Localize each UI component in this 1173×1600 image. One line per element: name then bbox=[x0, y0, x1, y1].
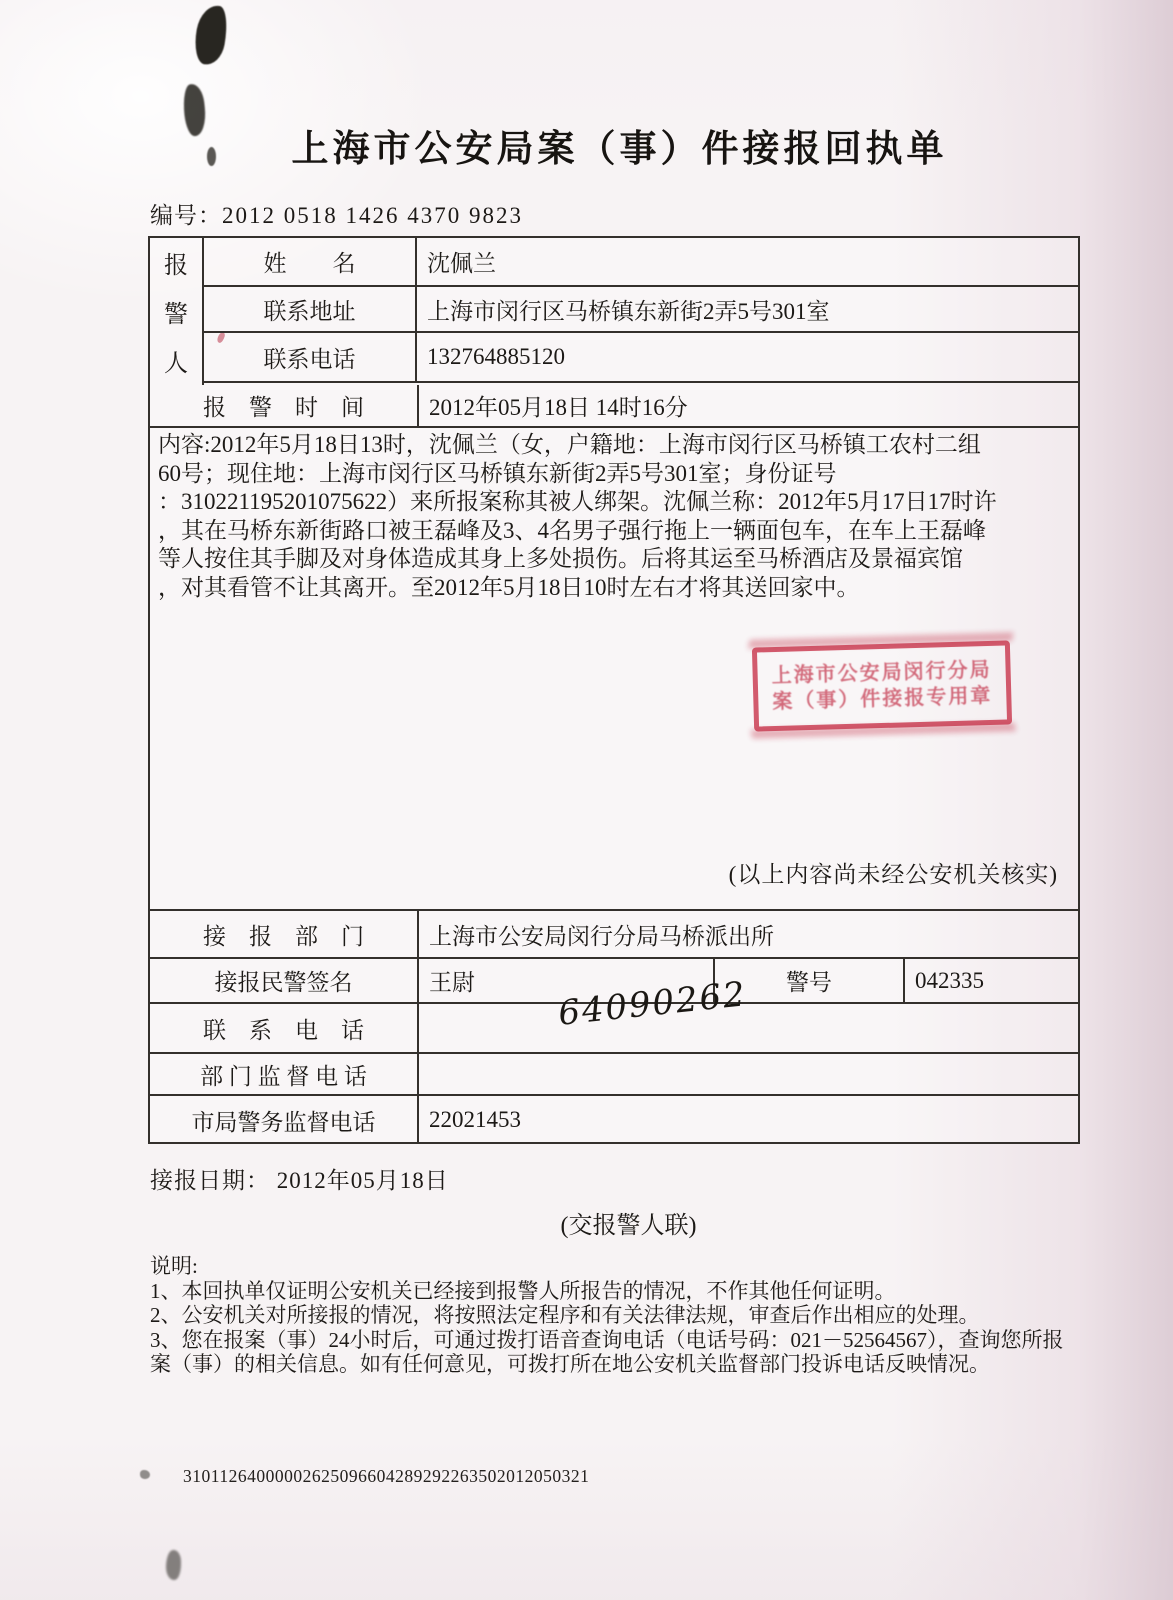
city-supervision-phone-value: 22021453 bbox=[419, 1096, 1078, 1144]
table-row: 部 门 监 督 电 话 bbox=[150, 1054, 1078, 1096]
serial-value: 2012 0518 1426 4370 9823 bbox=[222, 203, 523, 228]
address-label: 联系地址 bbox=[204, 287, 417, 331]
instructions-title: 说明: bbox=[150, 1254, 1068, 1279]
ink-smudge-artifact bbox=[191, 3, 231, 67]
stamp-line-2: 案（事）件接报专用章 bbox=[772, 683, 993, 715]
serial-number-line: 编号：2012 0518 1426 4370 9823 bbox=[150, 197, 523, 230]
scanned-police-receipt-page: 上海市公安局案（事）件接报回执单 编号：2012 0518 1426 4370 … bbox=[0, 0, 1173, 1600]
name-label: 姓 名 bbox=[204, 238, 417, 285]
report-time-value: 2012年05月18日 14时16分 bbox=[419, 385, 1078, 426]
stamp-ink-smear bbox=[748, 632, 1013, 648]
contact-phone-label: 联 系 电 话 bbox=[150, 1004, 419, 1052]
dept-supervision-phone-value bbox=[419, 1054, 1078, 1094]
officer-signature-label: 接报民警签名 bbox=[150, 959, 419, 1002]
official-red-stamp: 上海市公安局闵行分局 案（事）件接报专用章 bbox=[752, 640, 1012, 731]
department-value: 上海市公安局闵行分局马桥派出所 bbox=[419, 911, 1078, 957]
vertical-label-char: 报 bbox=[164, 245, 188, 280]
vertical-label-char: 警 bbox=[164, 294, 188, 329]
unverified-note: (以上内容尚未经公安机关核实) bbox=[729, 861, 1058, 890]
receive-date-value: 2012年05月18日 bbox=[277, 1168, 449, 1193]
content-line: 等人按住其手脚及对身体造成其身上多处损伤。后将其运至马桥酒店及景福宾馆 bbox=[158, 545, 1070, 574]
table-row: 姓 名 沈佩兰 bbox=[204, 238, 1078, 287]
table-row: 报 警 时 间 2012年05月18日 14时16分 bbox=[150, 385, 1078, 428]
vertical-label-char: 人 bbox=[164, 343, 188, 378]
report-time-label: 报 警 时 间 bbox=[150, 385, 419, 426]
contact-phone-cell bbox=[419, 1004, 1078, 1052]
reporter-vertical-label: 报 警 人 bbox=[150, 238, 204, 385]
dept-supervision-phone-label: 部 门 监 督 电 话 bbox=[150, 1054, 419, 1094]
copy-designation-note: (交报警人联) bbox=[0, 1205, 1173, 1240]
address-value: 上海市闵行区马桥镇东新街2弄5号301室 bbox=[417, 287, 1078, 331]
page-title: 上海市公安局案（事）件接报回执单 bbox=[0, 118, 1173, 172]
table-row: 市局警务监督电话 22021453 bbox=[150, 1096, 1078, 1144]
ink-smudge-artifact bbox=[166, 1550, 181, 1580]
table-row: 接 报 部 门 上海市公安局闵行分局马桥派出所 bbox=[150, 911, 1078, 959]
instruction-item: 2、公安机关对所接报的情况，将按照法定程序和有关法律法规，审查后作出相应的处理。 bbox=[150, 1303, 1068, 1328]
content-line: ，其在马桥东新街路口被王磊峰及3、4名男子强行拖上一辆面包车，在车上王磊峰 bbox=[158, 517, 1070, 546]
instruction-item: 3、您在报案（事）24小时后，可通过拨打语音查询电话（电话号码：021－5256… bbox=[150, 1328, 1068, 1377]
instructions-section: 说明: 1、本回执单仅证明公安机关已经接到报警人所报告的情况，不作其他任何证明。… bbox=[150, 1254, 1068, 1377]
content-line: 60号；现住地：上海市闵行区马桥镇东新街2弄5号301室；身份证号 bbox=[158, 460, 1070, 489]
table-row: 联系地址 上海市闵行区马桥镇东新街2弄5号301室 bbox=[204, 287, 1078, 333]
content-line: 内容:2012年5月18日13时，沈佩兰（女，户籍地：上海市闵行区马桥镇工农村二… bbox=[158, 431, 1070, 460]
stamp-ink-smear bbox=[751, 722, 1016, 738]
receive-date-line: 接报日期： 2012年05月18日 bbox=[150, 1162, 449, 1195]
ink-dot-artifact bbox=[140, 1470, 150, 1479]
report-content-cell: 内容:2012年5月18日13时，沈佩兰（女，户籍地：上海市闵行区马桥镇工农村二… bbox=[150, 428, 1078, 911]
serial-label: 编号： bbox=[150, 203, 222, 228]
city-supervision-phone-label: 市局警务监督电话 bbox=[150, 1096, 419, 1144]
receive-date-label: 接报日期： bbox=[150, 1168, 270, 1193]
table-row: 联系电话 132764885120 bbox=[204, 333, 1078, 383]
footer-serial-code: 3101126400000262509660428929226350201205… bbox=[183, 1466, 589, 1487]
phone-value: 132764885120 bbox=[417, 333, 1078, 381]
content-line: ，对其看管不让其离开。至2012年5月18日10时左右才将其送回家中。 bbox=[158, 574, 1070, 603]
content-line: ：310221195201075622）来所报案称其被人绑架。沈佩兰称：2012… bbox=[158, 488, 1070, 517]
instruction-item: 1、本回执单仅证明公安机关已经接到报警人所报告的情况，不作其他任何证明。 bbox=[150, 1279, 1068, 1304]
name-value: 沈佩兰 bbox=[417, 238, 1078, 285]
badge-number-value: 042335 bbox=[905, 959, 1078, 1002]
department-label: 接 报 部 门 bbox=[150, 911, 419, 957]
phone-label: 联系电话 bbox=[204, 333, 417, 381]
reporter-section: 报 警 人 姓 名 沈佩兰 联系地址 上海市闵行区马桥镇东新街2弄5号301室 … bbox=[150, 238, 1078, 385]
